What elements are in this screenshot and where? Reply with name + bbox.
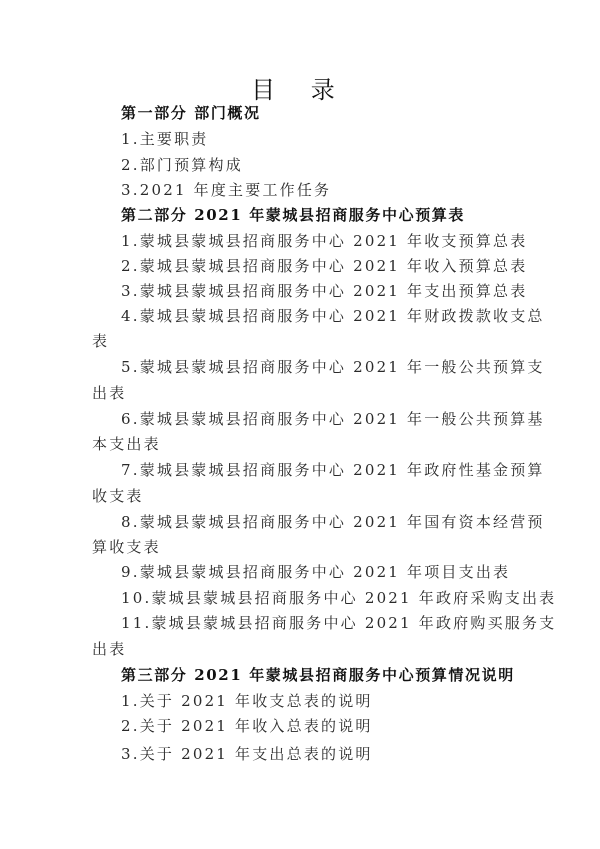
toc-item: 8.蒙城县蒙城县招商服务中心 2021 年国有资本经营预: [121, 512, 545, 532]
toc-item: 2.部门预算构成: [121, 155, 243, 175]
toc-item: 2.关于 2021 年收入总表的说明: [121, 716, 373, 736]
toc-item: 9.蒙城县蒙城县招商服务中心 2021 年项目支出表: [121, 562, 510, 582]
toc-item: 1.关于 2021 年收支总表的说明: [121, 691, 373, 711]
section-heading-3: 第三部分 2021 年蒙城县招商服务中心预算情况说明: [121, 665, 515, 685]
page-title: 目 录: [0, 70, 600, 105]
toc-item-continuation: 出表: [92, 639, 126, 659]
section-heading-1: 第一部分 部门概况: [121, 103, 261, 123]
toc-item-continuation: 算收支表: [92, 537, 161, 557]
toc-item-continuation: 出表: [92, 383, 126, 403]
toc-item: 7.蒙城县蒙城县招商服务中心 2021 年政府性基金预算: [121, 460, 545, 480]
toc-item: 5.蒙城县蒙城县招商服务中心 2021 年一般公共预算支: [121, 357, 545, 377]
toc-item: 11.蒙城县蒙城县招商服务中心 2021 年政府购买服务支: [121, 613, 556, 633]
toc-item: 2.蒙城县蒙城县招商服务中心 2021 年收入预算总表: [121, 256, 527, 276]
toc-item: 6.蒙城县蒙城县招商服务中心 2021 年一般公共预算基: [121, 409, 545, 429]
toc-item: 1.蒙城县蒙城县招商服务中心 2021 年收支预算总表: [121, 231, 527, 251]
toc-item: 3.蒙城县蒙城县招商服务中心 2021 年支出预算总表: [121, 281, 527, 301]
toc-item: 3.关于 2021 年支出总表的说明: [121, 744, 373, 764]
toc-item: 10.蒙城县蒙城县招商服务中心 2021 年政府采购支出表: [121, 588, 556, 608]
toc-item: 3.2021 年度主要工作任务: [121, 180, 331, 200]
section-heading-2: 第二部分 2021 年蒙城县招商服务中心预算表: [121, 205, 465, 225]
toc-item: 4.蒙城县蒙城县招商服务中心 2021 年财政拨款收支总: [121, 306, 545, 326]
toc-item-continuation: 表: [92, 331, 109, 351]
document-page: 目 录 第一部分 部门概况 1.主要职责 2.部门预算构成 3.2021 年度主…: [0, 0, 600, 849]
toc-item-continuation: 收支表: [92, 486, 144, 506]
toc-item-continuation: 本支出表: [92, 434, 161, 454]
toc-item: 1.主要职责: [121, 129, 209, 149]
